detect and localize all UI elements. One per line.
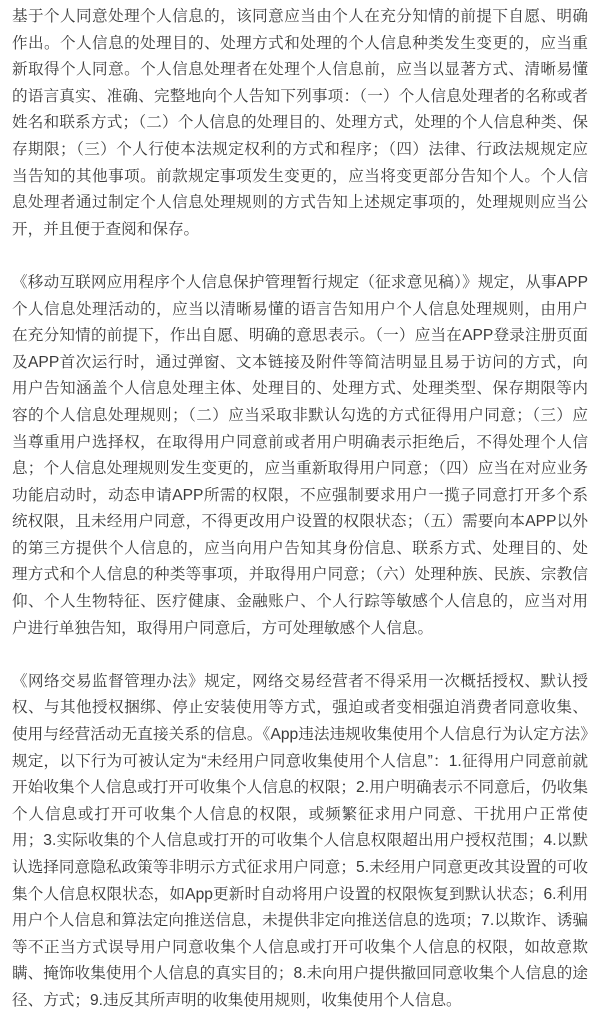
legal-document-body: 基于个人同意处理个人信息的，该同意应当由个人在充分知情的前提下自愿、明确作出。个…: [0, 0, 600, 1021]
legal-paragraph-transaction-measures: 《网络交易监督管理办法》规定，网络交易经营者不得采用一次概括授权、默认授权、与其…: [12, 669, 588, 1015]
legal-paragraph-consent-rules: 基于个人同意处理个人信息的，该同意应当由个人在充分知情的前提下自愿、明确作出。个…: [12, 4, 588, 243]
legal-paragraph-app-provisions: 《移动互联网应用程序个人信息保护管理暂行规定（征求意见稿）》规定，从事APP个人…: [12, 270, 588, 642]
